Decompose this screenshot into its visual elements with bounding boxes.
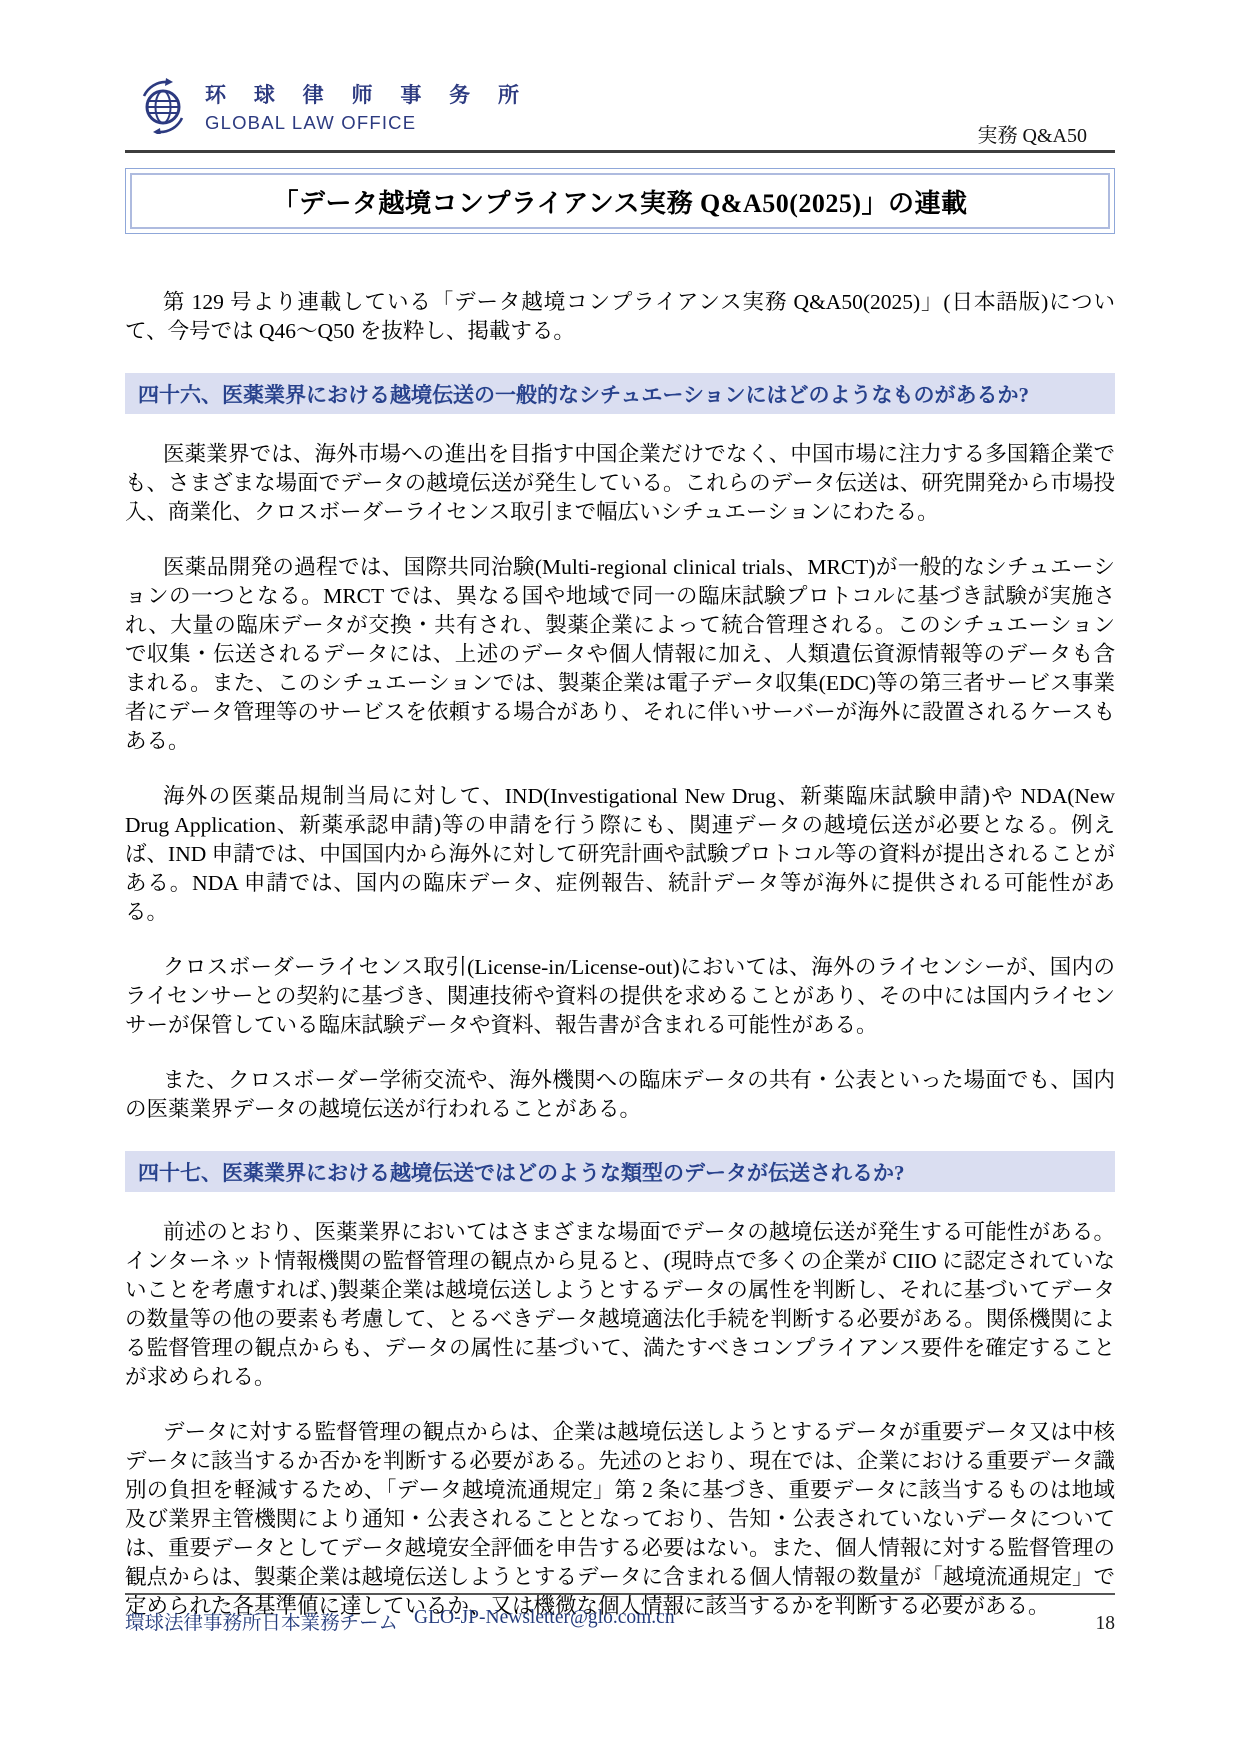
page-header: 环 球 律 师 事 务 所 GLOBAL LAW OFFICE 実務 Q&A50 <box>125 78 1115 150</box>
footer-email: GLO-JP-Newsletter@glo.com.cn <box>414 1607 675 1635</box>
header-rule <box>125 150 1115 153</box>
title-box: 「データ越境コンプライアンス実務 Q&A50(2025)」の連載 <box>125 168 1115 234</box>
q46-paragraph-5: また、クロスボーダー学術交流や、海外機関への臨床データの共有・公表といった場面で… <box>125 1066 1115 1124</box>
q47-paragraph-1: 前述のとおり、医薬業界においてはさまざまな場面でデータの越境伝送が発生する可能性… <box>125 1218 1115 1392</box>
firm-logo: 环 球 律 师 事 务 所 GLOBAL LAW OFFICE <box>135 78 530 134</box>
page-title: 「データ越境コンプライアンス実務 Q&A50(2025)」の連載 <box>272 183 967 220</box>
firm-name-chinese: 环 球 律 师 事 务 所 <box>205 79 530 109</box>
page-footer: 環球法律事務所日本業務チーム GLO-JP-Newsletter@glo.com… <box>125 1607 1115 1635</box>
globe-logo-icon <box>135 78 191 134</box>
document-label: 実務 Q&A50 <box>978 119 1087 148</box>
q47-paragraph-2: データに対する監督管理の観点からは、企業は越境伝送しようとするデータが重要データ… <box>125 1418 1115 1621</box>
q46-paragraph-3: 海外の医薬品規制当局に対して、IND(Investigational New D… <box>125 782 1115 927</box>
q46-paragraph-2: 医薬品開発の過程では、国際共同治験(Multi-regional clinica… <box>125 553 1115 756</box>
footer-team-name: 環球法律事務所日本業務チーム <box>125 1607 398 1635</box>
section-heading-q46: 四十六、医薬業界における越境伝送の一般的なシチュエーションにはどのようなものがあ… <box>125 373 1115 414</box>
firm-name-english: GLOBAL LAW OFFICE <box>205 112 530 134</box>
footer-contact: 環球法律事務所日本業務チーム GLO-JP-Newsletter@glo.com… <box>125 1607 675 1635</box>
footer-rule <box>125 1593 1115 1595</box>
firm-logo-text: 环 球 律 师 事 务 所 GLOBAL LAW OFFICE <box>205 79 530 134</box>
q46-paragraph-1: 医薬業界では、海外市場への進出を目指す中国企業だけでなく、中国市場に注力する多国… <box>125 440 1115 527</box>
intro-paragraph: 第 129 号より連載している「データ越境コンプライアンス実務 Q&A50(20… <box>125 288 1115 346</box>
section-heading-q47: 四十七、医薬業界における越境伝送ではどのような類型のデータが伝送されるか? <box>125 1151 1115 1192</box>
page-number: 18 <box>1096 1613 1116 1635</box>
document-page: 环 球 律 师 事 务 所 GLOBAL LAW OFFICE 実務 Q&A50… <box>0 0 1240 1754</box>
q46-paragraph-4: クロスボーダーライセンス取引(License-in/License-out)にお… <box>125 953 1115 1040</box>
